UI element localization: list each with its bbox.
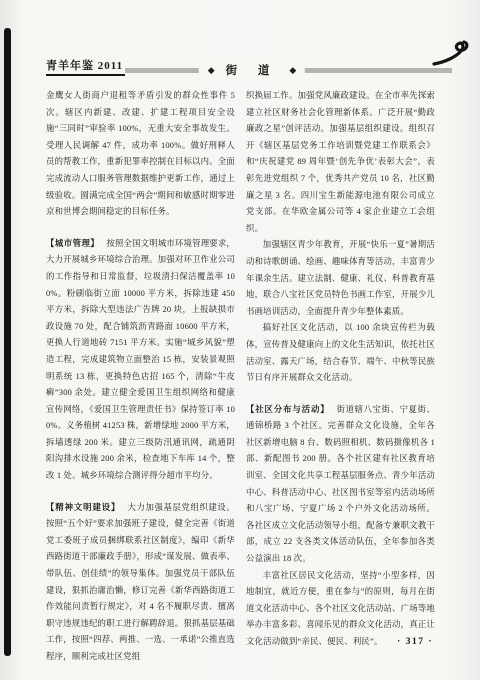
body-paragraph: 金鹰女人街商户退租等矛盾引发的群众性事件 5 次。辖区内新建、改建、扩建工程项目… [46, 88, 235, 221]
text-column-left: 金鹰女人街商户退租等矛盾引发的群众性事件 5 次。辖区内新建、改建、扩建工程项目… [46, 88, 235, 666]
page-number: · 317 · [397, 637, 433, 647]
body-paragraph: 加强辖区青少年教育，开展“快乐一夏”暑期活动和诗歌朗诵、绘画、趣味体育等活动，丰… [246, 237, 435, 320]
diamond-icon: ◆ [289, 65, 296, 75]
section-title: 【社区分布与活动】 [246, 405, 330, 414]
page-header: 青羊年鉴 2011 ◆ 街 道 ◆ [46, 52, 458, 76]
scan-spine-shadow [4, 28, 11, 656]
body-paragraph: 织换届工作。加强党风廉政建设。在全市率先探索建立社区财务社会化管理新体系。广泛开… [246, 88, 435, 237]
diamond-icon: ◆ [208, 65, 215, 75]
section-paragraph: 【城市管理】按照全国文明城市环境管理要求，大力开展城乡环境综合治理。加强对环卫作… [46, 236, 235, 485]
body-paragraph: 搞好社区文化活动，以 100 余块宣传栏为载体，宣传普及健康向上的文化生活知识，… [246, 320, 435, 386]
section-title: 【城市管理】 [46, 239, 99, 248]
yearbook-title: 青羊年鉴 2011 [46, 57, 125, 76]
section-paragraph: 【社区分布与活动】街道辖八宝街、宁夏街、通锦桥路 3 个社区。完善群众文化设施，… [246, 402, 435, 568]
calligraphy-flourish-icon [430, 38, 472, 75]
chapter-label: ◆ 街 道 ◆ [199, 62, 305, 78]
page: 青羊年鉴 2011 ◆ 街 道 ◆ 金鹰女人街商户退租等矛盾引发的群众性事件 5… [0, 0, 480, 680]
section-paragraph: 【精神文明建设】大力加强基层党组织建设。按照“五个好”要求加强班子建设，健全完善… [46, 500, 235, 666]
section-title: 【精神文明建设】 [46, 503, 120, 512]
chapter-title: 街 道 [226, 65, 279, 77]
text-column-right: 织换届工作。加强党风廉政建设。在全市率先探索建立社区财务社会化管理新体系。广泛开… [246, 88, 435, 651]
